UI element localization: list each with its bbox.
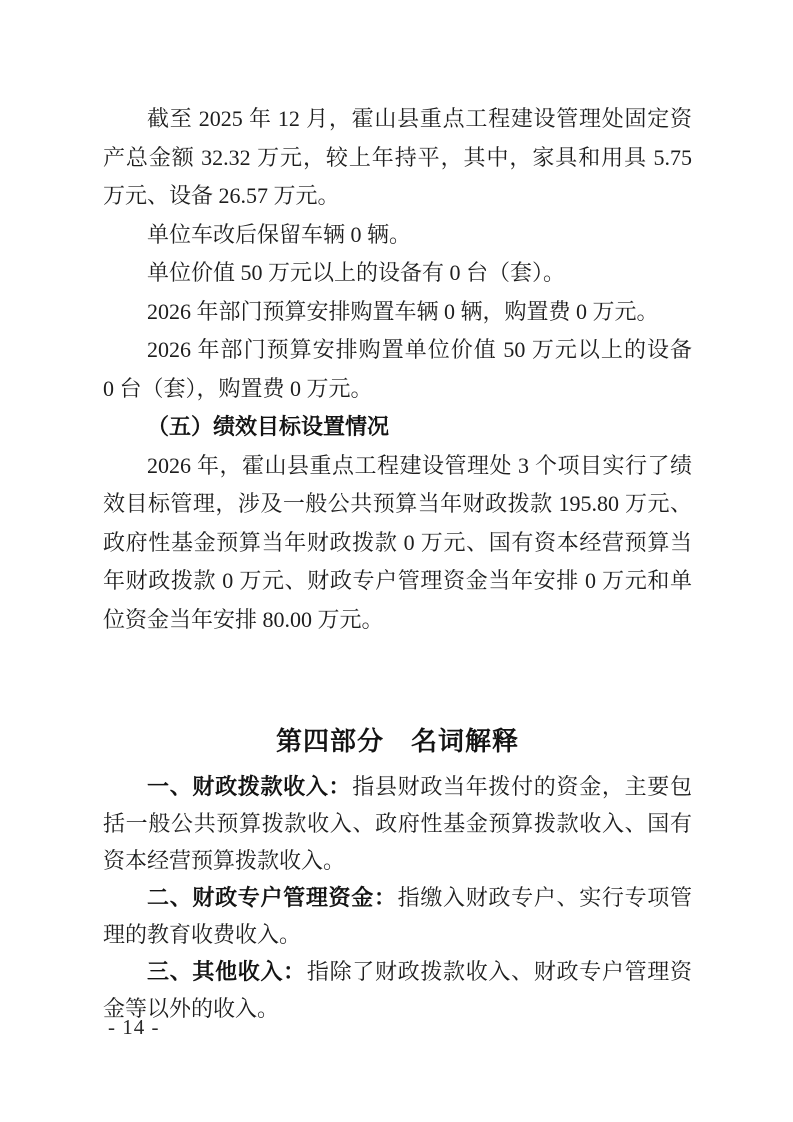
text-line: 金等以外的收入。	[103, 990, 692, 1027]
part4-heading: 第四部分 名词解释	[103, 719, 692, 763]
term-label: 三、其他收入：	[147, 959, 307, 984]
text-line: 万元、设备 26.57 万元。	[103, 177, 692, 216]
term-label: 二、财政专户管理资金：	[147, 885, 398, 910]
term-item-other-income: 三、其他收入：指除了财政拨款收入、财政专户管理资 金等以外的收入。	[103, 953, 692, 1027]
part3-section: 截至 2025 年 12 月，霍山县重点工程建设管理处固定资 产总金额 32.3…	[103, 100, 692, 639]
text-line: 2026 年部门预算安排购置单位价值 50 万元以上的设备	[103, 331, 692, 370]
text-line: 截至 2025 年 12 月，霍山县重点工程建设管理处固定资	[103, 100, 692, 139]
term-item-fiscal-appropriation-income: 一、财政拨款收入：指县财政当年拨付的资金，主要包 括一般公共预算拨款收入、政府性…	[103, 768, 692, 879]
vehicles-retained-paragraph: 单位车改后保留车辆 0 辆。	[103, 216, 692, 255]
performance-targets-paragraph: 2026 年，霍山县重点工程建设管理处 3 个项目实行了绩 效目标管理，涉及一般…	[103, 447, 692, 640]
term-definition: 指县财政当年拨付的资金，主要包	[352, 774, 692, 799]
term-label: 一、财政拨款收入：	[147, 774, 352, 799]
text-line: 政府性基金预算当年财政拨款 0 万元、国有资本经营预算当	[103, 524, 692, 563]
document-page: 截至 2025 年 12 月，霍山县重点工程建设管理处固定资 产总金额 32.3…	[0, 0, 793, 1122]
term-definition: 指缴入财政专户、实行专项管	[398, 885, 692, 910]
text-line: 年财政拨款 0 万元、财政专户管理资金当年安排 0 万元和单	[103, 562, 692, 601]
equipment-over-500k-paragraph: 单位价值 50 万元以上的设备有 0 台（套）。	[103, 254, 692, 293]
text-line: 一、财政拨款收入：指县财政当年拨付的资金，主要包	[103, 768, 692, 805]
text-line: 效目标管理，涉及一般公共预算当年财政拨款 195.80 万元、	[103, 485, 692, 524]
text-line: 括一般公共预算拨款收入、政府性基金预算拨款收入、国有	[103, 805, 692, 842]
part4-section: 一、财政拨款收入：指县财政当年拨付的资金，主要包 括一般公共预算拨款收入、政府性…	[103, 768, 692, 1027]
text-line: 位资金当年安排 80.00 万元。	[103, 601, 692, 640]
vehicle-purchase-paragraph: 2026 年部门预算安排购置车辆 0 辆，购置费 0 万元。	[103, 293, 692, 332]
equipment-purchase-paragraph: 2026 年部门预算安排购置单位价值 50 万元以上的设备 0 台（套），购置费…	[103, 331, 692, 408]
text-line: 二、财政专户管理资金：指缴入财政专户、实行专项管	[103, 879, 692, 916]
term-item-fiscal-special-account-funds: 二、财政专户管理资金：指缴入财政专户、实行专项管 理的教育收费收入。	[103, 879, 692, 953]
fixed-assets-paragraph: 截至 2025 年 12 月，霍山县重点工程建设管理处固定资 产总金额 32.3…	[103, 100, 692, 216]
text-line: 2026 年，霍山县重点工程建设管理处 3 个项目实行了绩	[103, 447, 692, 486]
performance-targets-heading: （五）绩效目标设置情况	[103, 408, 692, 447]
text-line: 资本经营预算拨款收入。	[103, 842, 692, 879]
text-line: 0 台（套），购置费 0 万元。	[103, 370, 692, 409]
text-line: 理的教育收费收入。	[103, 916, 692, 953]
text-line: 三、其他收入：指除了财政拨款收入、财政专户管理资	[103, 953, 692, 990]
text-line: 产总金额 32.32 万元，较上年持平，其中，家具和用具 5.75	[103, 139, 692, 178]
term-definition: 指除了财政拨款收入、财政专户管理资	[307, 959, 692, 984]
page-number: - 14 -	[108, 1013, 160, 1041]
